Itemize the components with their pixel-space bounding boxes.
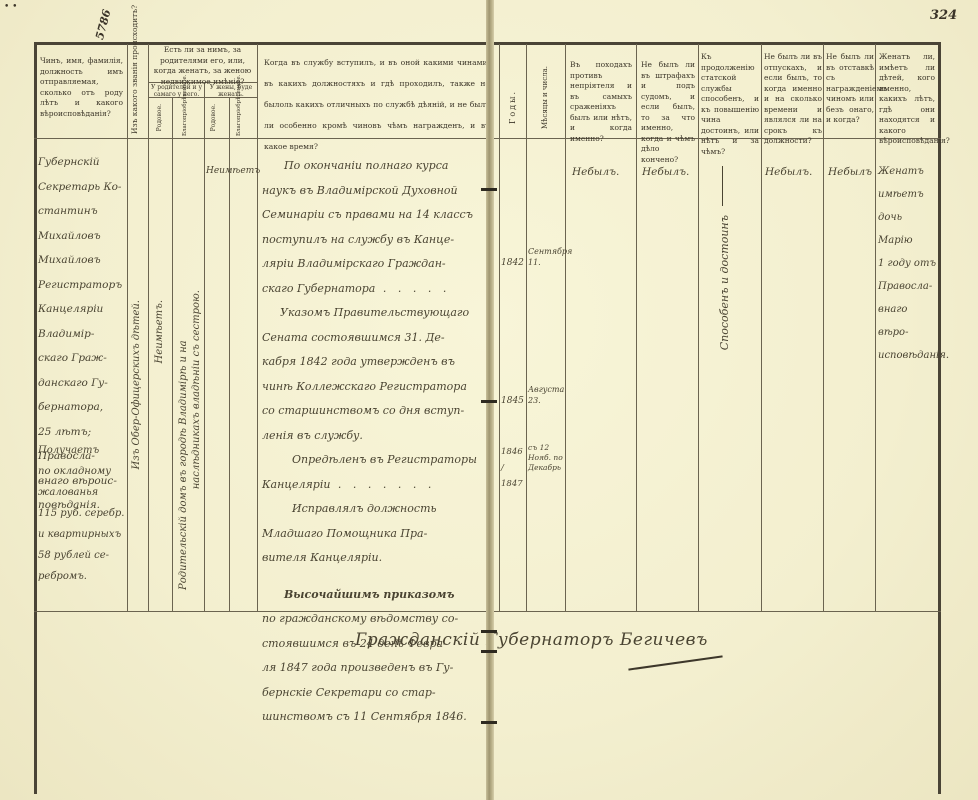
col-rule	[565, 44, 566, 611]
date-nov-dec: съ 12 Нояб. по Декабрь	[528, 443, 564, 473]
signature-flourish	[628, 655, 722, 670]
frame-right-rule	[938, 42, 941, 794]
header-months-days: Мѣсяцы и числа.	[541, 66, 549, 129]
binding-stitch	[481, 188, 497, 191]
binding-stitch	[481, 721, 497, 724]
header-rodovoe-2: Родовое.	[210, 104, 217, 131]
header-family: Женатъ ли, имѣетъ ли дѣтей, кого именно,…	[879, 52, 935, 147]
frame-left-rule	[34, 42, 37, 794]
header-estate-wife: У жены, буде женатъ.	[205, 84, 257, 98]
header-penalties: Не былъ ли въ штрафахъ и подъ судомъ, и …	[641, 60, 695, 165]
col-rule	[761, 44, 762, 611]
entry-salary: Получаетъ по окладному жалованья 115 руб…	[38, 440, 126, 587]
year-1845: 1845	[501, 396, 524, 406]
col-rule	[499, 44, 500, 611]
service-entry: По окончаніи полнаго курса	[262, 154, 496, 179]
header-name-rank: Чинъ, имя, фамилія, должность имъ отправ…	[40, 56, 123, 119]
col-rule	[823, 44, 824, 611]
col-rule	[875, 44, 876, 611]
entry-ability: Способенъ и достоинъ	[718, 215, 731, 350]
col-rule	[148, 44, 149, 611]
col-rule	[127, 44, 128, 611]
entry-campaigns: Небылъ.	[572, 166, 619, 178]
entry-retirement: Небылъ	[828, 166, 872, 178]
header-years: Годы.	[508, 90, 517, 124]
entry-penalties: Небылъ.	[642, 166, 689, 178]
entry-family: Женатъ имѣетъ дочь Марію 1 году отъ Прав…	[878, 160, 938, 367]
corner-marks: • •	[4, 2, 17, 12]
col-rule	[698, 44, 699, 611]
header-service: Когда въ службу вступилъ, и въ оной каки…	[264, 52, 490, 157]
folio-number: 324	[930, 8, 957, 23]
governor-signature: Гражданскій Губернаторъ Бегичевъ	[355, 630, 708, 650]
ability-dash	[722, 166, 723, 206]
years-1846-1847: 1846 / 1847	[501, 444, 525, 492]
date-sep-11: Сентября 11.	[528, 246, 564, 268]
binding-stitch	[481, 630, 497, 633]
header-campaigns: Въ походахъ противъ непріятеля и въ самы…	[570, 60, 632, 144]
entry-estate-blago-2: наслѣдникахъ владѣніи съ сестрою.	[191, 290, 202, 489]
header-estate-parents: У родителей и у самаго у него.	[149, 84, 204, 98]
entry-estate-rodovoe: Неимѣетъ.	[154, 300, 165, 363]
entry-estate-wife: Неимѣетъ	[206, 166, 260, 176]
header-blago-2: Благопріобрѣтенное.	[236, 100, 242, 136]
binding-stitch	[481, 650, 497, 653]
date-aug-23: Августа 23.	[528, 384, 564, 406]
header-rodovoe-1: Родовое.	[156, 104, 163, 131]
entry-origin: Изъ Обер-Офицерскихъ дѣтей.	[131, 300, 142, 469]
header-blago-1: Благопріобрѣтенное.	[182, 100, 188, 136]
col-rule	[526, 44, 527, 611]
header-retirement: Не былъ ли въ отставкѣ съ награжденіемъ …	[826, 52, 874, 126]
col-rule	[172, 97, 173, 611]
header-origin: Изъ какого званія происходитъ?	[130, 52, 141, 134]
archive-number: 5786	[93, 8, 113, 41]
entry-leaves: Небылъ.	[765, 166, 812, 178]
col-rule	[204, 82, 205, 611]
col-rule	[636, 44, 637, 611]
entry-estate-blago-1: Родительскій домъ въ городѣ Владимірѣ и …	[178, 160, 189, 590]
header-leaves: Не былъ ли въ отпускахъ, и если былъ, то…	[764, 52, 822, 147]
col-rule	[257, 44, 258, 611]
ledger-page: • • 5786 324 Чинъ, имя, фамилія, должнос…	[0, 0, 978, 800]
binding-stitch	[481, 400, 497, 403]
year-1842: 1842	[501, 258, 524, 268]
header-ability: Къ продолженію статской службы способенъ…	[701, 52, 759, 157]
